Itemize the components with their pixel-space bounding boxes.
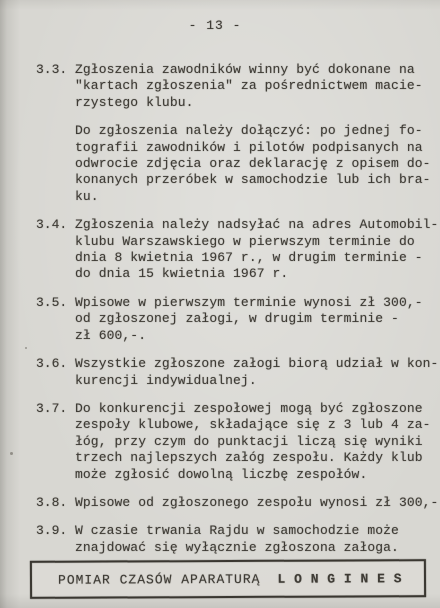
text-line: do dnia 15 kwietnia 1967 r. (75, 266, 440, 282)
text-line: znajdować się wyłącznie zgłoszona załoga… (75, 540, 440, 556)
scan-speck (10, 452, 13, 455)
document-body: 3.3. Zgłoszenia zawodników winny być dok… (0, 34, 440, 556)
section-3-6: 3.6. Wszystkie zgłoszone załogi biorą ud… (36, 356, 440, 389)
text-line: Wpisowe w pierwszym terminie wynosi zł 3… (75, 295, 440, 311)
text-line: łóg, przy czym do punktacji liczą się wy… (75, 434, 440, 450)
section-3-3-subparagraph: Do zgłoszenia należy dołączyć: po jednej… (36, 123, 440, 205)
text-line: kurencji indywidualnej. (75, 373, 440, 389)
timing-apparatus-banner: POMIAR CZASÓW APARATURĄ L O N G I N E S (30, 559, 426, 599)
text-line: może zgłosić dowolną liczbę zespołów. (75, 467, 440, 483)
section-number: 3.7. (36, 401, 75, 483)
text-line: dnia 8 kwietnia 1967 r., w drugim termin… (75, 250, 440, 266)
section-3-8: 3.8. Wpisowe od zgłoszonego zespołu wyno… (36, 495, 440, 511)
timing-label: POMIAR CZASÓW APARATURĄ (58, 571, 261, 587)
text-line: rzystego klubu. (75, 95, 440, 111)
text-line: Zgłoszenia należy nadsyłać na adres Auto… (75, 217, 440, 233)
section-number: 3.4. (36, 217, 75, 283)
text-line: tografii zawodników i pilotów podpisanyc… (75, 140, 440, 156)
text-line: konanych przeróbek w samochodzie lub ich… (75, 172, 440, 188)
section-text: Zgłoszenia zawodników winny być dokonane… (75, 62, 440, 111)
text-line: zł 600,-. (75, 328, 440, 344)
text-line: ku. (75, 189, 440, 205)
longines-brand: L O N G I N E S (277, 571, 402, 587)
section-number (36, 123, 75, 205)
text-line: zespoły klubowe, składające się z 3 lub … (75, 417, 440, 433)
section-3-7: 3.7. Do konkurencji zespołowej mogą być … (36, 401, 440, 483)
section-number: 3.6. (36, 356, 75, 389)
section-number: 3.5. (36, 295, 75, 344)
section-number: 3.9. (36, 523, 75, 556)
section-text: Wszystkie zgłoszone załogi biorą udział … (75, 356, 440, 389)
text-line: "kartach zgłoszenia" za pośrednictwem ma… (75, 78, 440, 94)
section-3-4: 3.4. Zgłoszenia należy nadsyłać na adres… (36, 217, 440, 283)
text-line: W czasie trwania Rajdu w samochodzie moż… (75, 523, 440, 539)
text-line: trzech najlepszych załóg zespołu. Każdy … (75, 450, 440, 466)
text-line: Wszystkie zgłoszone załogi biorą udział … (75, 356, 440, 372)
text-line: Wpisowe od zgłoszonego zespołu wynosi zł… (75, 495, 440, 511)
section-3-3: 3.3. Zgłoszenia zawodników winny być dok… (36, 62, 440, 111)
section-text: Wpisowe w pierwszym terminie wynosi zł 3… (75, 295, 440, 344)
page-number: - 13 - (0, 0, 435, 34)
section-text: W czasie trwania Rajdu w samochodzie moż… (75, 523, 440, 556)
text-line: od zgłoszonej załogi, w drugim terminie … (75, 311, 440, 327)
section-3-5: 3.5. Wpisowe w pierwszym terminie wynosi… (36, 295, 440, 344)
section-number: 3.3. (36, 62, 75, 111)
text-line: Do konkurencji zespołowej mogą być zgłos… (75, 401, 440, 417)
scanned-document-page: - 13 - 3.3. Zgłoszenia zawodników winny … (0, 0, 440, 608)
section-text: Do konkurencji zespołowej mogą być zgłos… (75, 401, 440, 483)
text-line: Do zgłoszenia należy dołączyć: po jednej… (75, 123, 440, 139)
section-text: Zgłoszenia należy nadsyłać na adres Auto… (75, 217, 440, 283)
section-number: 3.8. (36, 495, 75, 511)
section-3-9: 3.9. W czasie trwania Rajdu w samochodzi… (36, 523, 440, 556)
section-text: Do zgłoszenia należy dołączyć: po jednej… (75, 123, 440, 205)
scan-speck (25, 347, 27, 349)
text-line: Zgłoszenia zawodników winny być dokonane… (75, 62, 440, 78)
text-line: klubu Warszawskiego w pierwszym terminie… (75, 234, 440, 250)
section-text: Wpisowe od zgłoszonego zespołu wynosi zł… (75, 495, 440, 511)
text-line: odwrocie zdjęcia oraz deklarację z opise… (75, 156, 440, 172)
